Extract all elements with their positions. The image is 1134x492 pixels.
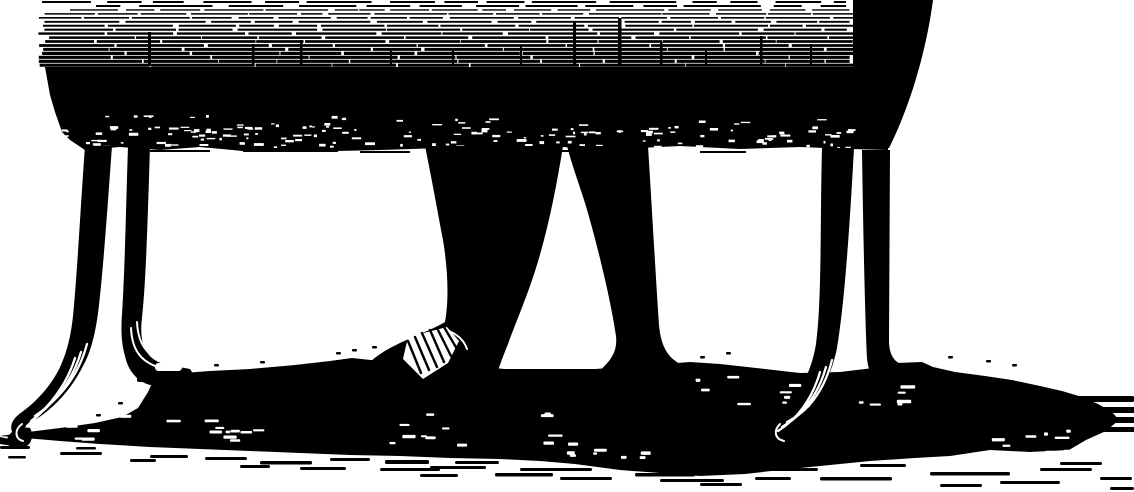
rim-speckle <box>157 142 166 144</box>
shadow-mottle-speck <box>548 435 563 437</box>
ground-dash <box>240 465 270 468</box>
shadow-mottle-speck <box>701 389 710 392</box>
rim-speckle <box>148 128 151 130</box>
shadow-mottle-speck <box>1063 450 1076 453</box>
rim-speckle <box>678 143 683 145</box>
ink-fleck <box>352 349 357 352</box>
rim-speckle <box>734 123 739 124</box>
shadow-mottle-speck <box>567 451 575 455</box>
rim-speckle <box>817 119 826 120</box>
ink-fleck <box>700 356 705 359</box>
shadow-mottle-speck <box>541 414 554 417</box>
rim-speckle <box>807 145 810 148</box>
rim-speckle <box>494 140 498 142</box>
shadow-mottle-speck <box>1045 451 1053 454</box>
shadow-mottle-speck <box>992 438 1005 441</box>
shadow-mottle-speck <box>1077 446 1087 449</box>
rim-speckle <box>486 121 491 123</box>
rim-speckle <box>111 128 117 130</box>
rim-speckle <box>580 144 586 146</box>
ink-fleck <box>260 361 265 364</box>
ground-dash <box>610 464 658 467</box>
rim-speckle <box>741 122 751 123</box>
rim-speckle <box>454 134 461 135</box>
rim-speckle <box>332 116 338 119</box>
shadow-mottle-speck <box>543 442 554 445</box>
rim-speckle <box>556 141 560 143</box>
tub-foot-rear-left-fleck <box>137 377 149 382</box>
ground-dash <box>930 472 1010 476</box>
ink-fleck <box>96 414 101 417</box>
shadow-mottle-speck <box>621 456 627 459</box>
ink-fleck <box>986 360 991 363</box>
hatch-smudge <box>452 50 454 66</box>
ground-dash <box>76 447 96 450</box>
rim-speckle <box>641 130 648 132</box>
rim-speckle <box>255 133 258 135</box>
rim-speckle <box>168 133 172 135</box>
rim-speckle <box>93 144 101 146</box>
rim-speckle <box>458 122 465 124</box>
hatch-smudge <box>660 42 663 66</box>
shadow-mottle-speck <box>594 449 607 452</box>
rim-speckle <box>837 132 842 134</box>
ground-dash <box>1092 407 1134 413</box>
rim-speckle <box>326 126 329 128</box>
shadow-mottle-speck <box>66 425 78 427</box>
tub-underside-band <box>45 67 890 151</box>
rim-speckle <box>657 139 660 141</box>
shadow-mottle-speck <box>780 391 792 393</box>
shadow-mottle-speck <box>425 436 435 439</box>
rim-speckle <box>281 138 287 140</box>
ground-dash <box>755 477 791 480</box>
rim-speckle <box>192 136 198 138</box>
rim-speckle <box>354 129 356 131</box>
rim-speckle <box>212 131 217 134</box>
ground-dash <box>860 464 906 467</box>
rim-speckle <box>246 137 248 139</box>
rim-speckle <box>237 124 244 125</box>
ground-dash <box>1100 477 1132 480</box>
shadow-mottle-speck <box>87 429 100 432</box>
hatch-smudge <box>252 44 255 66</box>
ground-dash <box>205 457 247 460</box>
tub-body-hatching <box>38 2 863 65</box>
shadow-mottle-speck <box>727 376 739 379</box>
rim-speckle <box>199 135 205 137</box>
hatch-smudge <box>360 151 410 153</box>
ground-dash <box>150 455 188 458</box>
ground-dash <box>700 483 742 486</box>
ground-dash <box>130 459 156 462</box>
rim-speckle <box>134 115 138 117</box>
rim-speckle <box>223 134 231 136</box>
shadow-mottle-speck <box>641 451 651 455</box>
ground-dash <box>760 468 818 471</box>
shadow-mottle-speck <box>210 431 223 434</box>
ground-dash <box>635 473 695 477</box>
shadow-mottle-speck <box>593 452 597 454</box>
ink-fleck <box>118 402 123 405</box>
rim-speckle <box>617 131 623 133</box>
rim-speckle <box>281 145 286 146</box>
rim-speckle <box>581 132 589 134</box>
rim-speckle <box>700 135 704 137</box>
shadow-mottle-speck <box>1044 432 1048 435</box>
ground-dash <box>1040 468 1092 471</box>
rim-speckle <box>191 131 196 132</box>
rim-speckle <box>322 130 326 132</box>
shadow-mottle-speck <box>402 435 415 438</box>
rim-speckle <box>489 118 499 120</box>
rim-speckle <box>825 134 832 135</box>
rim-speckle <box>812 126 818 129</box>
hatch-smudge <box>390 48 392 66</box>
rim-speckle <box>549 134 555 136</box>
rim-speckle <box>517 139 527 142</box>
rim-speckle <box>276 124 279 127</box>
rim-speckle <box>240 142 245 145</box>
shadow-mottle-speck <box>215 427 224 429</box>
engraving-page <box>0 0 1134 492</box>
rim-speckle <box>130 129 133 131</box>
shadow-mottle-speck <box>696 379 701 382</box>
rim-speckle <box>646 133 652 136</box>
shadow-mottle-speck <box>737 403 751 405</box>
rim-speckle <box>304 135 311 136</box>
shadow-mottle-speck <box>457 444 467 447</box>
shadow-mottle-speck <box>640 456 646 459</box>
figure-right-leg <box>567 146 706 380</box>
hatch-smudge <box>618 18 622 66</box>
rim-speckle <box>455 119 458 121</box>
ground-dash <box>60 452 102 455</box>
hatch-smudge <box>243 149 338 152</box>
ink-fleck <box>1012 364 1017 367</box>
rim-speckle <box>255 127 263 130</box>
rim-speckle <box>432 124 442 125</box>
rim-speckle <box>668 127 671 129</box>
rim-speckle <box>596 132 601 134</box>
shadow-mottle-speck <box>223 436 236 439</box>
rim-speckle <box>696 145 703 147</box>
rim-speckle <box>524 137 527 138</box>
rim-speckle <box>352 137 361 139</box>
ground-dash <box>1000 481 1060 484</box>
shadow-mottle-speck <box>570 454 576 457</box>
rim-speckle <box>206 115 209 118</box>
rim-speckle <box>808 130 816 132</box>
rim-speckle <box>155 127 160 129</box>
ground-dash <box>1060 462 1102 465</box>
ink-fleck <box>372 346 377 349</box>
shadow-mottle-speck <box>240 431 252 434</box>
hatch-smudge <box>520 46 522 66</box>
rim-speckle <box>507 132 512 133</box>
rim-speckle <box>169 128 179 130</box>
rim-speckle <box>568 141 572 144</box>
shadow-mottle-speck <box>75 438 90 440</box>
rim-speckle <box>184 130 191 131</box>
rim-speckle <box>333 127 342 129</box>
shadow-mottle-speck <box>784 396 790 399</box>
rim-speckle <box>144 115 154 117</box>
shadow-mottle-speck <box>782 402 787 404</box>
shadow-mottle-speck <box>120 415 131 418</box>
shadow-mottle-speck <box>1066 430 1071 433</box>
rim-speckle <box>333 142 336 144</box>
rim-speckle <box>224 128 233 129</box>
rim-speckle <box>303 126 307 129</box>
hatch-smudge <box>150 150 210 152</box>
rim-speckle <box>765 138 773 140</box>
rim-speckle <box>324 123 330 126</box>
shadow-mottle-speck <box>1002 445 1010 447</box>
rim-speckle <box>654 146 662 148</box>
hatch-smudge <box>700 151 746 153</box>
rim-speckle <box>295 139 302 141</box>
rim-speckle <box>649 128 659 130</box>
rim-speckle <box>342 118 346 120</box>
shadow-mottle-speck <box>226 431 231 434</box>
rim-speckle <box>831 135 840 138</box>
ground-dash <box>560 477 612 480</box>
rim-speckle <box>446 144 449 146</box>
ground-dash <box>455 461 499 464</box>
hatch-smudge <box>705 50 707 66</box>
shadow-mottle-speck <box>897 403 902 406</box>
scroll-foot-pad-highlight <box>155 363 182 371</box>
rim-speckle <box>397 120 404 122</box>
ground-dash <box>8 456 26 459</box>
rim-speckle <box>244 134 249 136</box>
rim-speckle <box>462 127 471 129</box>
ink-fleck <box>726 352 731 355</box>
rim-speckle <box>330 146 334 148</box>
engraving-image <box>0 0 1134 492</box>
rim-speckle <box>482 129 488 132</box>
rim-speckle <box>710 128 718 131</box>
ground-dash <box>1082 417 1134 423</box>
rim-speckle <box>309 126 312 128</box>
rim-speckle <box>492 135 500 137</box>
rim-speckle <box>471 132 477 135</box>
rim-speckle <box>65 135 69 137</box>
rim-speckle <box>190 117 195 118</box>
engraving-figure <box>0 0 1134 492</box>
shadow-mottle-speck <box>568 443 578 446</box>
rim-speckle <box>552 129 558 131</box>
hatch-smudge <box>760 36 763 66</box>
ground-dash <box>1096 427 1134 432</box>
rim-speckle <box>121 142 124 144</box>
shadow-mottle-speck <box>205 420 219 423</box>
rim-speckle <box>779 132 784 135</box>
rim-speckle <box>237 127 243 129</box>
ground-dash <box>940 484 982 487</box>
rim-speckle <box>541 135 544 137</box>
rim-speckle <box>432 143 436 146</box>
rim-speckle <box>571 128 574 130</box>
rim-speckle <box>584 133 587 135</box>
rim-speckle <box>86 142 90 144</box>
rim-speckle <box>757 140 764 143</box>
shadow-mottle-speck <box>389 442 395 444</box>
rim-speckle <box>249 128 253 130</box>
rim-speckle <box>769 140 772 141</box>
rim-speckle <box>654 133 663 135</box>
rim-speckle <box>200 144 209 146</box>
shadow-mottle-speck <box>426 413 434 416</box>
figure-left-leg <box>359 146 563 391</box>
rim-speckle <box>180 127 189 128</box>
rim-speckle <box>699 121 706 124</box>
ground-dash <box>495 473 553 477</box>
hatch-smudge <box>573 22 576 66</box>
rim-speckle <box>409 132 411 133</box>
shadow-mottle-speck <box>859 401 864 403</box>
hatch-smudge <box>148 32 151 66</box>
shadow-mottle-speck <box>900 385 915 388</box>
rim-speckle <box>365 142 375 145</box>
rim-speckle <box>207 138 216 139</box>
rim-speckle <box>274 146 277 148</box>
rim-speckle <box>97 140 106 142</box>
ground-dash <box>385 460 429 464</box>
ink-fleck <box>214 364 219 367</box>
shadow-mottle-speck <box>870 404 881 406</box>
hatch-smudge <box>810 44 812 66</box>
rim-speckle <box>170 144 178 145</box>
rim-speckle <box>400 144 403 147</box>
rim-speckle <box>129 133 138 136</box>
shadow-mottle-speck <box>166 420 180 423</box>
rim-speckle <box>670 131 675 133</box>
ground-dash <box>1110 487 1134 490</box>
ink-fleck <box>948 356 953 359</box>
rim-speckle <box>729 140 735 143</box>
ground-dash <box>430 466 486 469</box>
rim-speckle <box>824 141 826 144</box>
ground-dash <box>260 461 312 465</box>
shadow-mottle-speck <box>230 439 240 442</box>
shadow-mottle-speck <box>231 430 240 433</box>
rim-speckle <box>271 123 275 124</box>
rim-speckle <box>105 116 109 118</box>
rim-speckle <box>540 141 545 144</box>
ground-dash <box>660 479 724 482</box>
rim-speckle <box>149 115 152 118</box>
shadow-mottle-speck <box>898 392 906 394</box>
rim-speckle <box>780 135 790 137</box>
shadow-mottle-speck <box>1025 435 1036 437</box>
ink-fleck <box>336 352 341 355</box>
shadow-mottle-speck <box>442 427 450 429</box>
tub-body <box>38 0 933 153</box>
rim-speckle <box>254 143 264 146</box>
rim-speckle <box>579 124 588 126</box>
shadow-mottle-speck <box>789 384 801 387</box>
ground-dash <box>420 474 458 477</box>
rim-speckle <box>312 126 315 127</box>
rim-speckle <box>96 132 102 135</box>
rim-speckle <box>589 131 596 133</box>
rim-speckle <box>206 129 211 132</box>
rim-speckle <box>319 144 326 147</box>
tub-right-end <box>853 0 933 148</box>
ground-dash <box>300 467 346 470</box>
tub-leg-rear-right <box>862 150 935 386</box>
shadow-mottle-speck <box>253 429 264 431</box>
rim-speckle <box>219 138 222 141</box>
rim-speckle <box>643 140 646 141</box>
rim-speckle <box>731 130 733 132</box>
hatch-smudge <box>300 40 303 66</box>
rim-speckle <box>293 135 302 137</box>
rim-speckle <box>451 141 457 143</box>
rim-speckle <box>787 140 792 143</box>
rim-speckle <box>404 135 412 137</box>
rim-speckle <box>165 144 171 147</box>
ground-dash <box>520 468 592 471</box>
tub-leg-rear-left <box>121 146 192 385</box>
ground-dash <box>330 458 370 461</box>
rim-speckle <box>201 139 204 141</box>
ground-dash <box>1076 396 1134 402</box>
rim-speckle <box>314 135 317 138</box>
shadow-mottle-speck <box>1055 437 1070 439</box>
rim-speckle <box>848 129 856 131</box>
rim-speckle <box>66 131 68 133</box>
rim-speckle <box>566 136 576 138</box>
shadow-mottle-speck <box>399 424 409 426</box>
rim-speckle <box>573 132 575 135</box>
ground-dash <box>820 477 892 481</box>
rim-speckle <box>342 132 349 134</box>
rim-speckle <box>675 126 679 128</box>
rim-speckle <box>417 139 421 141</box>
rim-speckle <box>830 144 833 147</box>
rim-speckle <box>285 140 294 142</box>
rim-speckle <box>773 135 777 137</box>
